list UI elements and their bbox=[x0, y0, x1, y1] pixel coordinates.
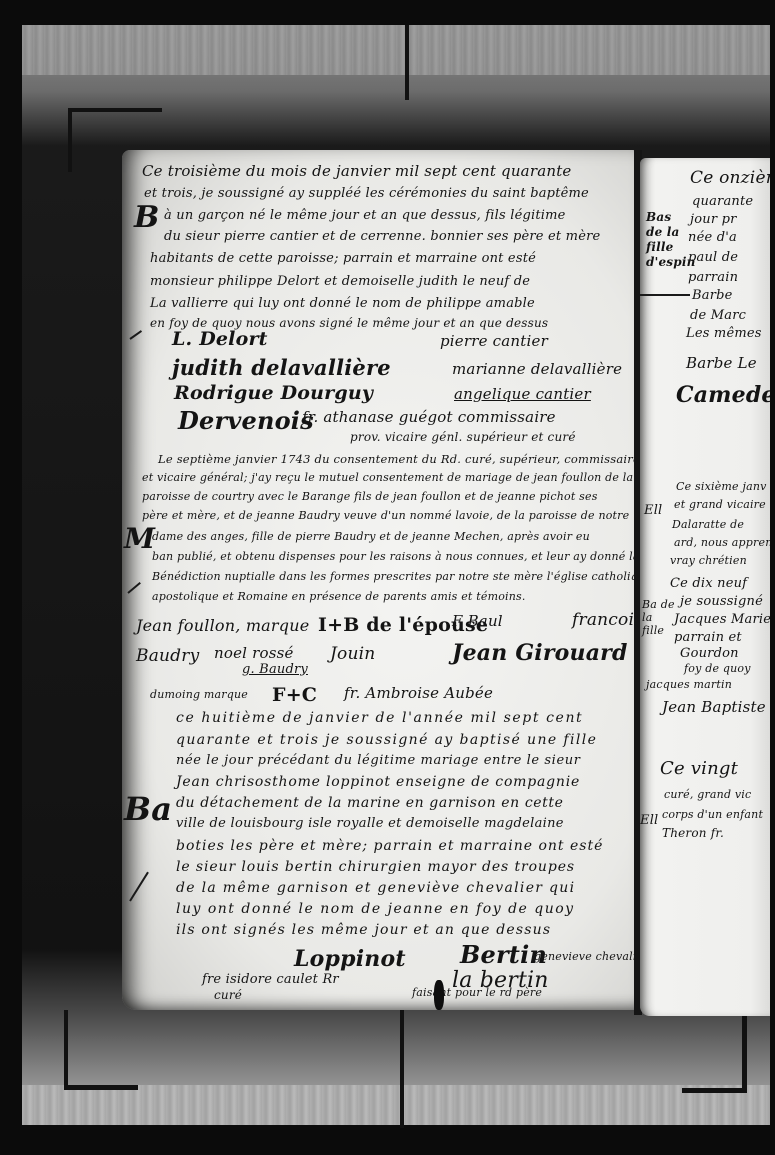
entry-line: Theron fr. bbox=[662, 826, 724, 840]
entry-line: Barbe bbox=[692, 288, 733, 303]
signature-mark: F+C bbox=[272, 684, 317, 706]
signature: Jouin bbox=[330, 644, 375, 664]
margin-mark: Ell bbox=[640, 813, 658, 828]
margin-underline bbox=[640, 294, 690, 296]
frame-divider bbox=[405, 25, 409, 100]
entry-line: père et mère, et de jeanne Baudry veuve … bbox=[142, 509, 629, 522]
entry-line: de la même garnison et geneviève chevali… bbox=[176, 880, 575, 896]
entry-line: curé, grand vic bbox=[664, 788, 751, 801]
microfilm-bottom-band bbox=[22, 1085, 770, 1125]
entry-line: paroisse de courtry avec le Barange fils… bbox=[142, 490, 598, 503]
margin-mark-baptism: B bbox=[134, 200, 160, 235]
signature: pierre cantier bbox=[440, 332, 548, 350]
frame-divider bbox=[400, 1010, 404, 1128]
signature: fre isidore caulet Rr bbox=[202, 972, 339, 987]
entry-line: et grand vicaire bbox=[674, 498, 766, 511]
signature: angelique cantier bbox=[454, 385, 591, 403]
entry-line: vray chrétien bbox=[670, 554, 747, 567]
margin-tick bbox=[129, 872, 149, 902]
entry-line: parrain bbox=[688, 270, 738, 285]
margin-tick bbox=[127, 582, 141, 594]
entry-line: Gourdon bbox=[680, 646, 739, 661]
entry-line: corps d'un enfant bbox=[662, 808, 763, 821]
signature: Dervenois bbox=[178, 406, 314, 435]
entry-line: du sieur pierre cantier et de cerrenne. … bbox=[164, 229, 600, 244]
entry-line: dame des anges, fille de pierre Baudry e… bbox=[152, 530, 590, 543]
signature: g. Baudry bbox=[242, 662, 308, 677]
entry-line: monsieur philippe Delort et demoiselle j… bbox=[150, 274, 530, 289]
entry-line: quarante et trois je soussigné ay baptis… bbox=[176, 732, 597, 748]
signature: Loppinot bbox=[294, 946, 406, 972]
entry-line: foy de quoy bbox=[684, 662, 751, 675]
signature: Jean Girouard bbox=[452, 640, 628, 666]
entry-line: née le jour précédant du légitime mariag… bbox=[176, 753, 581, 768]
entry-line: Ce dix neuf bbox=[670, 576, 747, 591]
register-page-main: B Ce troisième du mois de janvier mil se… bbox=[122, 150, 637, 1010]
entry-line: Jean chrisosthome loppinot enseigne de c… bbox=[176, 774, 580, 790]
margin-mark-marriage: M bbox=[124, 522, 155, 555]
entry-line: Dalaratte de bbox=[672, 518, 744, 531]
margin-mark-baptism: Ba bbox=[124, 790, 172, 828]
frame-bracket bbox=[682, 1010, 747, 1093]
entry-line: Ce sixième janv bbox=[676, 480, 767, 493]
signature: noel rossé bbox=[214, 644, 294, 662]
signature: Rodrigue Dourguy bbox=[174, 382, 373, 404]
microfilm-top-band bbox=[22, 25, 770, 75]
signature: Baudry bbox=[136, 646, 199, 666]
signature: dumoing marque bbox=[150, 688, 248, 701]
signature: judith delavallière bbox=[172, 355, 391, 380]
signature: marianne delavallière bbox=[452, 360, 622, 378]
entry-line: de Marc bbox=[690, 308, 746, 323]
signature: genevieve chevalier bbox=[534, 950, 637, 963]
entry-line: La vallierre qui luy ont donné le nom de… bbox=[150, 296, 535, 311]
entry-line: parrain et bbox=[674, 630, 742, 645]
entry-line: Les mêmes bbox=[686, 326, 762, 341]
signature: F Baul bbox=[452, 612, 503, 630]
entry-line: née d'a bbox=[688, 230, 737, 245]
register-page-side: Bas de la fille d'espin Ce onzième quara… bbox=[640, 158, 770, 1016]
entry-line: ban publié, et obtenu dispenses pour les… bbox=[152, 550, 637, 563]
entry-line: Ce vingt bbox=[660, 758, 738, 779]
entry-line: quarante bbox=[692, 194, 753, 209]
margin-mark: Bas de la fille d'espin bbox=[646, 210, 680, 270]
signature: Jean Baptiste bbox=[662, 698, 766, 716]
entry-line: Ce onzième bbox=[690, 168, 770, 188]
entry-line: Bénédiction nuptialle dans les formes pr… bbox=[152, 570, 637, 583]
entry-line: du détachement de la marine en garnison … bbox=[176, 795, 564, 811]
signature: Jean foullon, marque bbox=[136, 616, 309, 635]
ink-blot bbox=[434, 980, 444, 1010]
signature-title: curé bbox=[214, 988, 242, 1002]
entry-line: et trois, je soussigné ay suppléé les cé… bbox=[144, 186, 589, 201]
entry-line: Le septième janvier 1743 du consentement… bbox=[158, 452, 637, 466]
signature: fr. Ambroise Aubée bbox=[344, 684, 493, 702]
entry-line: ils ont signés les même jour et an que d… bbox=[176, 922, 551, 938]
signature: Camedep bbox=[676, 382, 770, 408]
entry-line: Jacques Marie bbox=[674, 612, 770, 627]
entry-line: paul de bbox=[688, 250, 738, 265]
signature: Barbe Le bbox=[686, 354, 757, 372]
entry-line: boties les père et mère; parrain et marr… bbox=[176, 838, 603, 854]
entry-line: apostolique et Romaine en présence de pa… bbox=[152, 590, 526, 603]
entry-line: à un garçon né le même jour et an que de… bbox=[164, 208, 566, 223]
signature: francois bbox=[572, 610, 637, 630]
entry-line: ville de louisbourg isle royalle et demo… bbox=[176, 816, 564, 831]
entry-line: jour pr bbox=[690, 212, 737, 227]
signature: fr. athanase guégot commissaire bbox=[302, 408, 556, 426]
entry-line: luy ont donné le nom de jeanne en foy de… bbox=[176, 901, 575, 917]
margin-mark: Ell bbox=[644, 503, 662, 518]
margin-mark: Ba de la fille bbox=[642, 598, 678, 637]
signature-note: faisant pour le rd père bbox=[412, 986, 542, 999]
entry-line: ard, nous appren bbox=[674, 536, 770, 549]
entry-line: habitants de cette paroisse; parrain et … bbox=[150, 251, 536, 266]
signature-title: prov. vicaire génl. supérieur et curé bbox=[350, 430, 576, 444]
entry-line: je soussigné bbox=[680, 594, 763, 609]
entry-line: et vicaire général; j'ay reçu le mutuel … bbox=[142, 471, 633, 484]
entry-line: le sieur louis bertin chirurgien mayor d… bbox=[176, 859, 575, 875]
entry-line: ce huitième de janvier de l'année mil se… bbox=[176, 710, 583, 726]
margin-tick bbox=[129, 330, 142, 340]
frame-bracket bbox=[64, 1010, 138, 1090]
entry-line: Ce troisième du mois de janvier mil sept… bbox=[142, 162, 572, 180]
signature: L. Delort bbox=[172, 328, 268, 350]
entry-line: jacques martin bbox=[646, 678, 732, 691]
